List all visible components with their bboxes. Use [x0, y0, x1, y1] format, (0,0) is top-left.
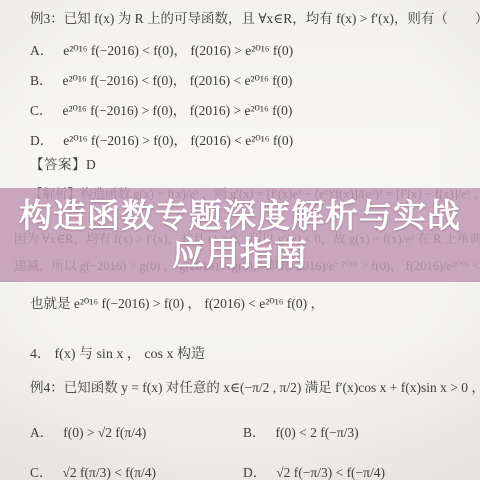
example3-option-b: B．e²⁰¹⁶ f(−2016) < f(0)， f(2016) < e²⁰¹⁶… [30, 69, 292, 89]
example3-option-d: D．e²⁰¹⁶ f(−2016) > f(0)， f(2016) < e²⁰¹⁶… [30, 129, 293, 149]
example3-prompt: 例3：已知 f(x) 为 R 上的可导函数，且 ∀x∈R，均有 f(x) > f… [30, 7, 480, 27]
section4-heading: 4． f(x) 与 sin x ， cos x 构造 [30, 343, 205, 363]
option-a-label: A． [30, 39, 53, 59]
option-a-formula: e²⁰¹⁶ f(−2016) < f(0)， f(2016) > e²⁰¹⁶ f… [63, 43, 293, 58]
ex4-option-d-label: D． [243, 461, 266, 480]
example3-option-a: A．e²⁰¹⁶ f(−2016) < f(0)， f(2016) > e²⁰¹⁶… [30, 39, 293, 59]
example3-answer: 【答案】D [30, 153, 96, 173]
example4-option-d: D．√2 f(−π/3) < f(−π/4) [243, 461, 385, 480]
option-d-formula: e²⁰¹⁶ f(−2016) > f(0)， f(2016) < e²⁰¹⁶ f… [63, 133, 293, 148]
example4-option-b: B．f(0) < 2 f(−π/3) [243, 421, 359, 441]
ex4-option-c-label: C． [30, 461, 53, 480]
ex4-option-a-label: A． [30, 421, 53, 441]
ex4-option-d-formula: √2 f(−π/3) < f(−π/4) [276, 465, 385, 480]
example3-conclusion: 也就是 e²⁰¹⁶ f(−2016) > f(0) ， f(2016) < e²… [30, 292, 324, 312]
example3-option-c: C．e²⁰¹⁶ f(−2016) > f(0)， f(2016) > e²⁰¹⁶… [30, 99, 292, 119]
option-c-formula: e²⁰¹⁶ f(−2016) > f(0)， f(2016) > e²⁰¹⁶ f… [63, 103, 293, 118]
option-b-formula: e²⁰¹⁶ f(−2016) < f(0)， f(2016) < e²⁰¹⁶ f… [63, 73, 293, 88]
ex4-option-b-formula: f(0) < 2 f(−π/3) [276, 425, 359, 440]
scanned-worksheet-page: 例3：已知 f(x) 为 R 上的可导函数，且 ∀x∈R，均有 f(x) > f… [0, 0, 480, 480]
ex4-option-a-formula: f(0) > √2 f(π/4) [63, 425, 146, 440]
ex4-option-c-formula: √2 f(π/3) < f(π/4) [63, 465, 157, 480]
option-d-label: D． [30, 129, 53, 149]
title-banner-overlay: 构造函数专题深度解析与实战 应用指南 [0, 188, 480, 282]
banner-title-line1: 构造函数专题深度解析与实战 [19, 197, 461, 235]
example4-option-c: C．√2 f(π/3) < f(π/4) [30, 461, 156, 480]
option-b-label: B． [30, 69, 53, 89]
banner-title-line2: 应用指南 [172, 235, 308, 273]
example4-option-a: A．f(0) > √2 f(π/4) [30, 421, 146, 441]
example4-prompt: 例4：已知函数 y = f(x) 对任意的 x∈(−π/2 , π/2) 满足 … [30, 376, 480, 396]
ex4-option-b-label: B． [243, 421, 266, 441]
option-c-label: C． [30, 99, 53, 119]
